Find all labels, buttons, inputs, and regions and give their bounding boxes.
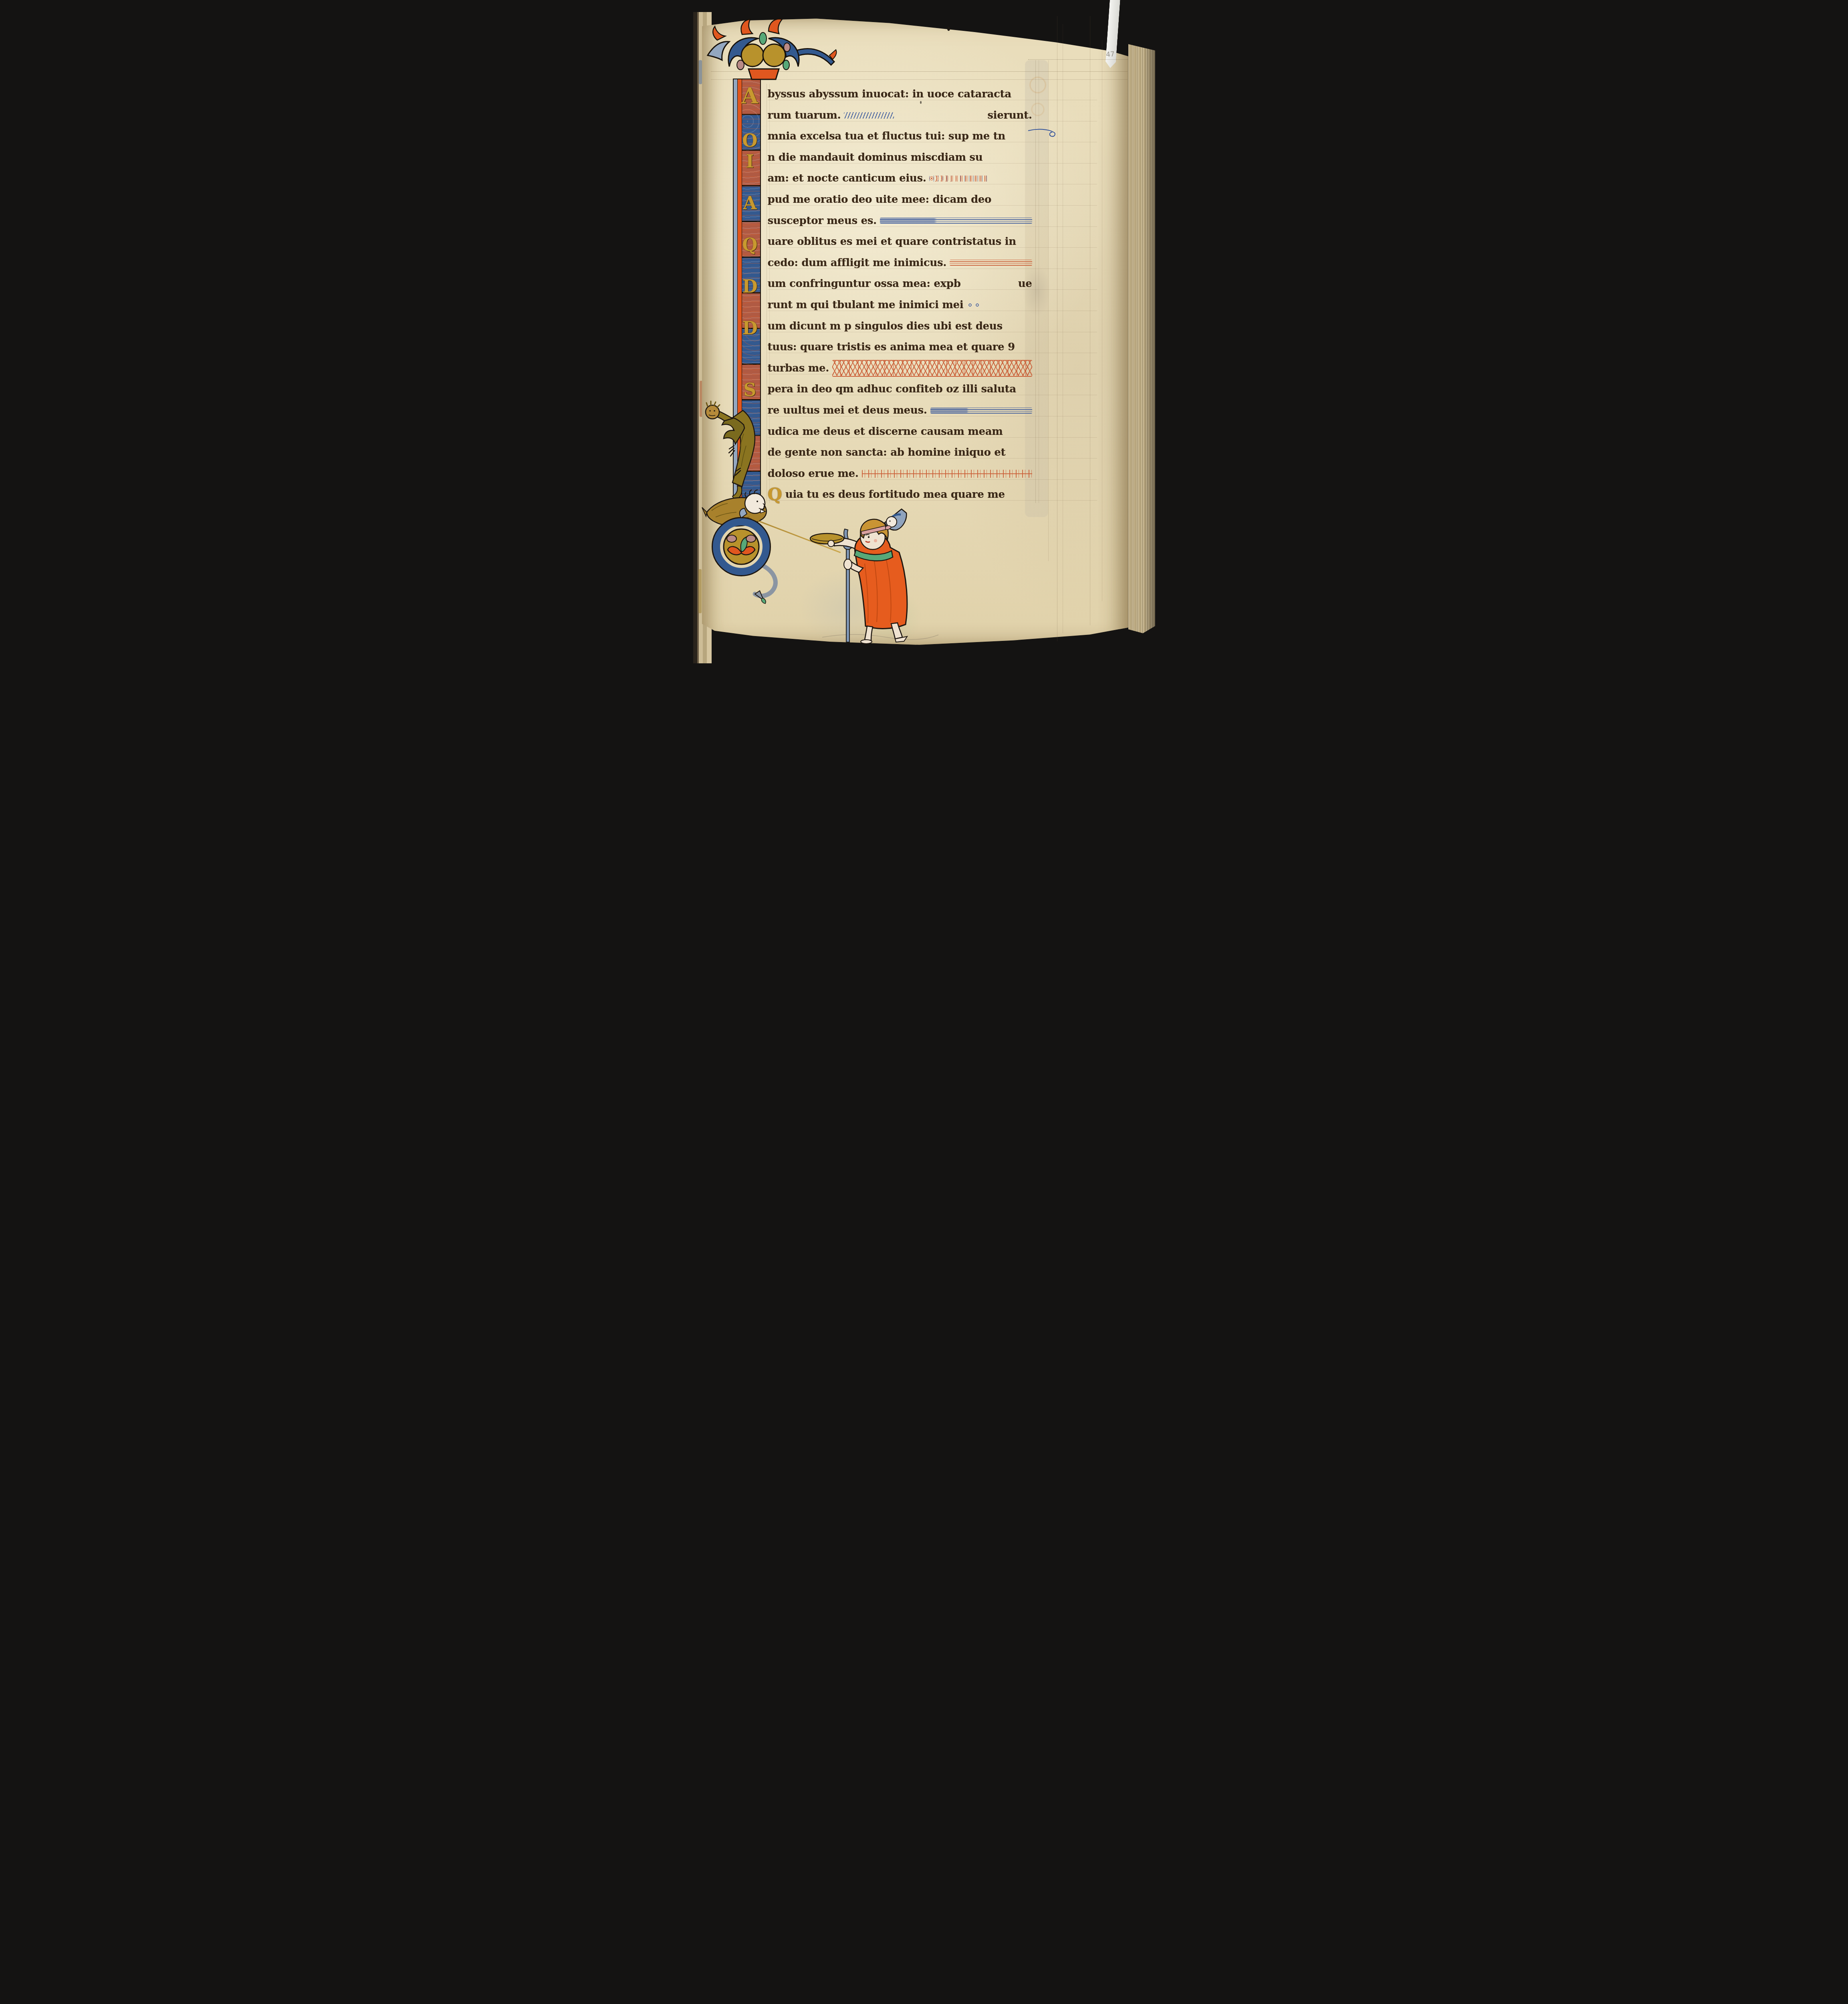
line-text: cedo: dum affligit me inimicus. <box>768 257 947 269</box>
red-interlace-line-filler <box>832 360 1032 377</box>
line-text: de gente non sancta: ab homine iniquo et <box>768 446 1006 459</box>
text-line: tuus: quare tristis es anima mea et quar… <box>768 337 1032 358</box>
red-foliate-line-filler <box>862 470 1032 478</box>
text-line: am: et nocte canticum eius. <box>768 168 1032 189</box>
blue-spirals-line-filler <box>966 302 981 308</box>
line-text: pera in deo qm adhuc confiteb oz illi sa… <box>768 383 1016 395</box>
climbing-dragon-grotesque <box>704 386 769 502</box>
text-line: udica me deus et discerne causam meam <box>768 421 1032 442</box>
blue-penwork-line-filler <box>880 218 1032 224</box>
vertical-rule <box>1057 16 1057 641</box>
line-text: susceptor meus es. <box>768 215 877 227</box>
bar-initial-letter: D <box>742 320 757 337</box>
line-tail-text: sierunt. <box>987 109 1032 121</box>
line-text: um confringuntur ossa mea: expb <box>768 278 961 290</box>
text-line: doloso erue me. <box>768 463 1032 484</box>
folio-number: 47 <box>1106 50 1115 59</box>
text-line: re uultus mei et deus meus. <box>768 400 1032 421</box>
line-text: mnia excelsa tua et fluctus tui: sup me … <box>768 130 1005 142</box>
line-text: byssus abyssum inuocat: in uoce cataract… <box>768 88 1011 100</box>
line-text: tuus: quare tristis es anima mea et quar… <box>768 341 1015 353</box>
ink-blot <box>947 26 950 31</box>
line-text: um dicunt m p singulos dies ubi est deus <box>768 320 1003 332</box>
text-line: runt m qui tbulant me inimici mei <box>768 295 1032 315</box>
vertical-rule <box>1035 60 1036 503</box>
pricking-dotted-line <box>1028 59 1128 60</box>
line-text: uia tu es deus fortitudo mea quare me <box>785 489 1005 501</box>
text-line: pera in deo qm adhuc confiteb oz illi sa… <box>768 379 1032 400</box>
bar-initial-letter: Q <box>742 236 757 254</box>
line-text: runt m qui tbulant me inimici mei <box>768 299 964 311</box>
ink-blot <box>920 101 922 104</box>
gutter-fleck <box>699 60 702 84</box>
text-line: susceptor meus es. <box>768 210 1032 231</box>
line-text: udica me deus et discerne causam meam <box>768 426 1003 438</box>
blue-penwork-line-filler <box>930 408 1032 414</box>
text-line: de gente non sancta: ab homine iniquo et <box>768 442 1032 463</box>
blue-feather-line-filler <box>844 112 894 119</box>
text-line: rum tuarum.sierunt. <box>768 105 1032 126</box>
vertical-rule <box>1039 60 1039 503</box>
bar-initial-letter: I <box>746 153 754 171</box>
line-text: n die mandauit dominus miscdiam su <box>768 152 983 164</box>
text-line: pud me oratio deo uite mee: dicam deo <box>768 189 1032 210</box>
line-text: am: et nocte canticum eius. <box>768 172 926 184</box>
bas-de-page-figure <box>806 503 938 648</box>
text-line: n die mandauit dominus miscdiam su <box>768 147 1032 168</box>
bar-initial-letter: O <box>742 132 757 150</box>
text-line: turbas me. <box>768 358 1032 379</box>
line-text: uare oblitus es mei et quare contristatu… <box>768 236 1016 248</box>
foliate-finial <box>704 17 836 85</box>
text-line: cedo: dum affligit me inimicus. <box>768 253 1032 273</box>
text-line: um dicunt m p singulos dies ubi est deus <box>768 316 1032 337</box>
line-text: pud me oratio deo uite mee: dicam deo <box>768 194 992 206</box>
bar-initial-letter: A <box>743 195 757 212</box>
gutter-fleck <box>698 569 702 613</box>
inline-gold-initial: Q <box>768 487 782 502</box>
text-line: uare oblitus es mei et quare contristatu… <box>768 231 1032 252</box>
text-line: um confringuntur ossa mea: expbue <box>768 273 1032 294</box>
text-line: byssus abyssum inuocat: in uoce cataract… <box>768 84 1032 105</box>
bleedthrough-ring <box>1031 102 1045 117</box>
line-text: rum tuarum. <box>768 109 841 121</box>
manuscript-photo-stage: AOIAQDDS <box>693 0 1155 667</box>
spiral-chain-line-filler <box>929 176 989 182</box>
text-line: Quia tu es deus fortitudo mea quare me <box>768 484 1032 505</box>
line-text: turbas me. <box>768 362 829 374</box>
vertical-rule <box>1102 40 1102 601</box>
vertical-rule <box>1063 24 1063 633</box>
line-tail-text: ue <box>1018 278 1032 290</box>
line-text: doloso erue me. <box>768 468 859 480</box>
text-line: mnia excelsa tua et fluctus tui: sup me … <box>768 126 1032 147</box>
red-penwork-line-filler <box>950 260 1032 266</box>
foliate-roundel-terminal <box>703 508 785 602</box>
margin-penwork-hook <box>1028 127 1056 138</box>
line-text: re uultus mei et deus meus. <box>768 404 927 416</box>
bar-initial-letter: A <box>742 85 759 107</box>
bar-initial-letter: D <box>742 278 757 296</box>
vertical-rule <box>1090 16 1090 625</box>
fore-edge-page-stack <box>1128 38 1155 636</box>
